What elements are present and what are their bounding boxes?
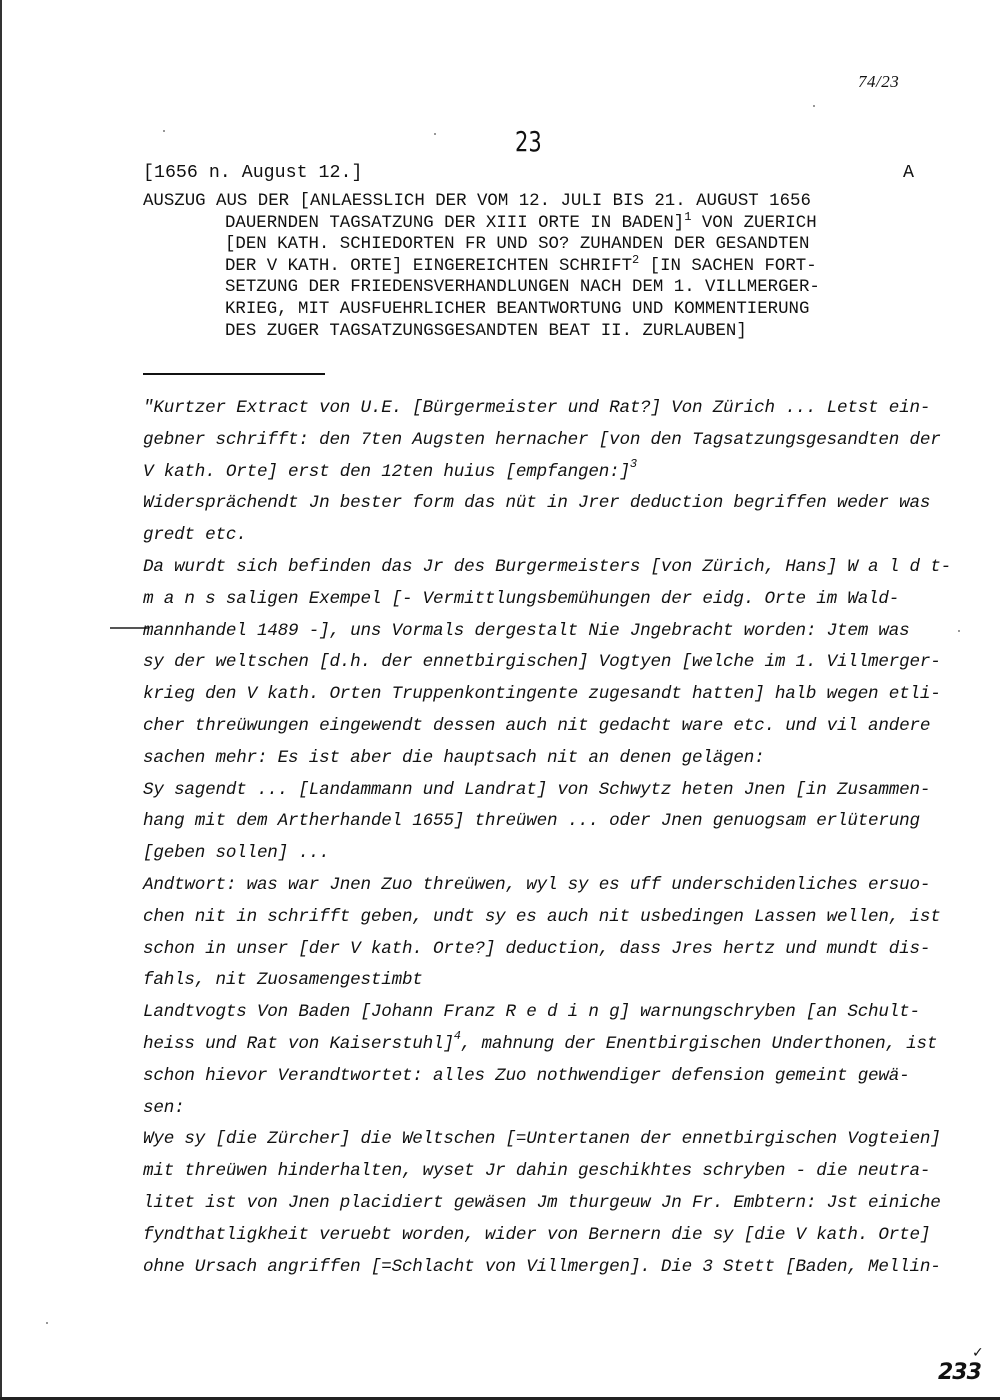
heading-line: SETZUNG DER FRIEDENSVERHANDLUNGEN NACH D…	[143, 277, 933, 299]
heading-line: KRIEG, MIT AUSFUEHRLICHER BEANTWORTUNG U…	[143, 299, 933, 321]
scan-speck	[958, 630, 960, 632]
text-line: mannhandel 1489 -], uns Vormals dergesta…	[143, 616, 933, 648]
heading-line: DAUERNDEN TAGSATZUNG DER XIII ORTE IN BA…	[143, 213, 933, 235]
text-line: sachen mehr: Es ist aber die hauptsach n…	[143, 743, 933, 775]
text-line: Landtvogts Von Baden [Johann Franz R e d…	[143, 997, 933, 1029]
heading-line: DES ZUGER TAGSATZUNGSGESANDTEN BEAT II. …	[143, 321, 933, 343]
line-text: , mahnung der Enentbirgischen Underthone…	[461, 1034, 937, 1054]
scan-speck	[46, 1322, 48, 1324]
text-line: hang mit dem Artherhandel 1655] threüwen…	[143, 806, 933, 838]
text-line: krieg den V kath. Orten Truppenkontingen…	[143, 679, 933, 711]
document-date: [1656 n. August 12.]	[143, 163, 362, 183]
checkmark-icon: ✓	[972, 1345, 984, 1361]
text-line: sy der weltschen [d.h. der ennetbirgisch…	[143, 647, 933, 679]
text-line: gebner schrifft: den 7ten Augsten hernac…	[143, 425, 933, 457]
heading-line: DER V KATH. ORTE] EINGEREICHTEN SCHRIFT2…	[143, 256, 933, 278]
footnote-ref: 4	[454, 1029, 461, 1043]
text-line: Widersprächendt Jn bester form das nüt i…	[143, 488, 933, 520]
transcription-body: "Kurtzer Extract von U.E. [Bürgermeister…	[143, 393, 933, 1283]
folio-number: 74/23	[858, 72, 899, 92]
heading-line: AUSZUG AUS DER [ANLAESSLICH DER VOM 12. …	[143, 191, 933, 213]
scan-speck	[813, 105, 815, 107]
line-text: V kath. Orte] erst den 12ten huius [empf…	[143, 462, 630, 482]
text-line: schon in unser [der V kath. Orte?] deduc…	[143, 934, 933, 966]
text-line: Da wurdt sich befinden das Jr des Burger…	[143, 552, 933, 584]
text-line: cher threüwungen eingewendt dessen auch …	[143, 711, 933, 743]
scan-speck	[434, 133, 436, 135]
heading-text: [IN SACHEN FORT-	[639, 257, 816, 276]
document-number: 23	[515, 125, 542, 158]
footnote-ref: 3	[630, 457, 637, 471]
separator-rule	[143, 373, 325, 375]
text-line: Wye sy [die Zürcher] die Weltschen [=Unt…	[143, 1124, 933, 1156]
text-line: m a n s saligen Exempel [- Vermittlungsb…	[143, 584, 933, 616]
text-line: V kath. Orte] erst den 12ten huius [empf…	[143, 457, 933, 489]
heading-text: VON ZUERICH	[691, 214, 816, 233]
version-letter: A	[903, 163, 914, 183]
text-line: gredt etc.	[143, 520, 933, 552]
text-line: chen nit in schrifft geben, undt sy es a…	[143, 902, 933, 934]
text-line: [geben sollen] ...	[143, 838, 933, 870]
text-line: Sy sagendt ... [Landammann und Landrat] …	[143, 775, 933, 807]
line-text: heiss und Rat von Kaiserstuhl]	[143, 1034, 454, 1054]
text-line: schon hievor Verandtwortet: alles Zuo no…	[143, 1061, 933, 1093]
text-line: fyndthatligkheit veruebt worden, wider v…	[143, 1220, 933, 1252]
document-heading: AUSZUG AUS DER [ANLAESSLICH DER VOM 12. …	[143, 191, 933, 342]
text-line: ohne Ursach angriffen [=Schlacht von Vil…	[143, 1252, 933, 1284]
heading-line: [DEN KATH. SCHIEDORTEN FR UND SO? ZUHAND…	[143, 234, 933, 256]
page-stamp-number: 233	[938, 1360, 981, 1385]
text-line: "Kurtzer Extract von U.E. [Bürgermeister…	[143, 393, 933, 425]
scan-left-edge	[0, 0, 2, 1400]
text-line: mit threüwen hinderhalten, wyset Jr dahi…	[143, 1156, 933, 1188]
text-line: fahls, nit Zuosamengestimbt	[143, 965, 933, 997]
heading-text: DAUERNDEN TAGSATZUNG DER XIII ORTE IN BA…	[225, 214, 684, 233]
scan-speck	[163, 130, 165, 132]
text-line: Andtwort: was war Jnen Zuo threüwen, wyl…	[143, 870, 933, 902]
heading-text: DER V KATH. ORTE] EINGEREICHTEN SCHRIFT	[225, 257, 632, 276]
text-line: litet ist von Jnen placidiert gewäsen Jm…	[143, 1188, 933, 1220]
text-line: sen:	[143, 1093, 933, 1125]
text-line: heiss und Rat von Kaiserstuhl]4, mahnung…	[143, 1029, 933, 1061]
